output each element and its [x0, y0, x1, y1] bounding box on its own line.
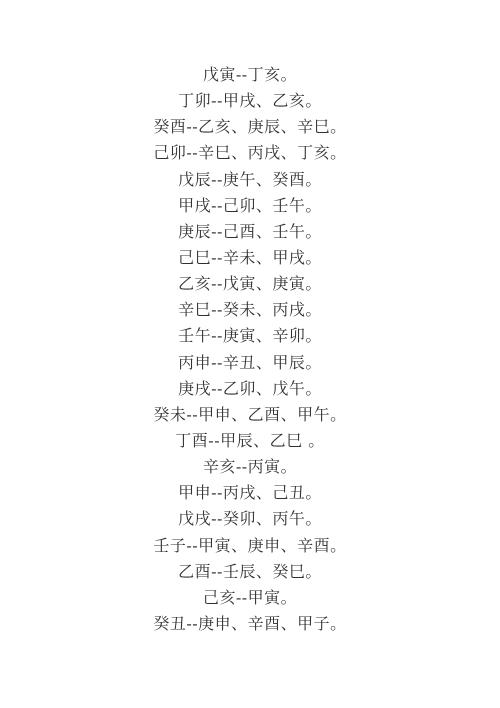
- ganzhi-line: 甲申--丙戌、己丑。: [0, 480, 500, 506]
- document-page: 戊寅--丁亥。丁卯--甲戌、乙亥。癸酉--乙亥、庚辰、辛巳。己卯--辛巳、丙戌、…: [0, 0, 500, 708]
- ganzhi-line: 乙酉--壬辰、癸巳。: [0, 559, 500, 585]
- ganzhi-line: 癸酉--乙亥、庚辰、辛巳。: [0, 114, 500, 140]
- ganzhi-line: 乙亥--戊寅、庚寅。: [0, 271, 500, 297]
- ganzhi-line: 甲戌--己卯、壬午。: [0, 193, 500, 219]
- ganzhi-line: 丁卯--甲戌、乙亥。: [0, 88, 500, 114]
- ganzhi-text-block: 戊寅--丁亥。丁卯--甲戌、乙亥。癸酉--乙亥、庚辰、辛巳。己卯--辛巳、丙戌、…: [0, 62, 500, 637]
- ganzhi-line: 辛巳--癸未、丙戌。: [0, 297, 500, 323]
- ganzhi-line: 庚戌--乙卯、戊午。: [0, 376, 500, 402]
- ganzhi-line: 己亥--甲寅。: [0, 585, 500, 611]
- ganzhi-line: 丁酉--甲辰、乙巳 。: [0, 428, 500, 454]
- ganzhi-line: 壬子--甲寅、庚申、辛酉。: [0, 533, 500, 559]
- ganzhi-line: 庚辰--己酉、壬午。: [0, 219, 500, 245]
- ganzhi-line: 癸未--甲申、乙酉、甲午。: [0, 402, 500, 428]
- ganzhi-line: 戊寅--丁亥。: [0, 62, 500, 88]
- ganzhi-line: 辛亥--丙寅。: [0, 454, 500, 480]
- ganzhi-line: 壬午--庚寅、辛卯。: [0, 323, 500, 349]
- ganzhi-line: 丙申--辛丑、甲辰。: [0, 350, 500, 376]
- ganzhi-line: 癸丑--庚申、辛酉、甲子。: [0, 611, 500, 637]
- ganzhi-line: 戊戌--癸卯、丙午。: [0, 506, 500, 532]
- ganzhi-line: 己巳--辛未、甲戌。: [0, 245, 500, 271]
- ganzhi-line: 戊辰--庚午、癸酉。: [0, 167, 500, 193]
- ganzhi-line: 己卯--辛巳、丙戌、丁亥。: [0, 140, 500, 166]
